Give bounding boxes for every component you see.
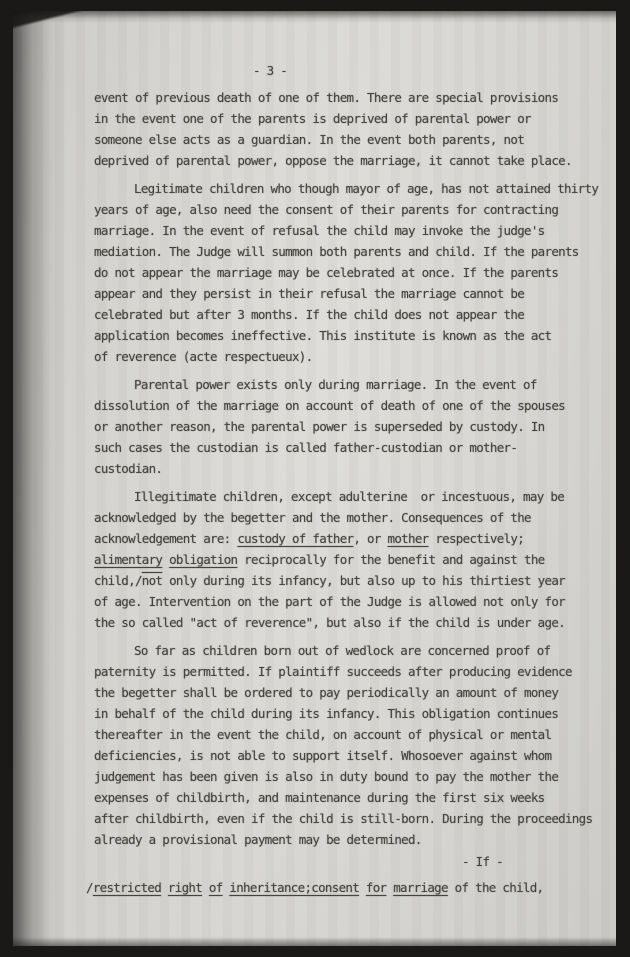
text-line: event of previous death of one of them. … — [94, 87, 610, 108]
text-run: the so called "act of reverence", but al… — [94, 615, 565, 630]
text-line: /restricted right of inheritance;consent… — [86, 877, 543, 898]
text-line: thereafter in the event the child, on ac… — [94, 724, 610, 745]
text-line: judgement has been given is also in duty… — [94, 766, 610, 787]
underlined-text: of — [209, 880, 223, 895]
text-line: already a provisional payment may be det… — [94, 829, 610, 850]
text-run — [161, 880, 168, 895]
document-body: event of previous death of one of them. … — [94, 87, 610, 857]
text-run: reciprocally for the benefit and against… — [237, 552, 544, 567]
text-line: do not appear the marriage may be celebr… — [94, 262, 610, 283]
catchword: - If - — [462, 851, 503, 872]
text-line: So far as children born out of wedlock a… — [94, 640, 610, 661]
underlined-text: inheritance;consent — [229, 880, 359, 895]
text-line: or another reason, the parental power is… — [94, 416, 610, 437]
text-line: acknowledged by the begetter and the mot… — [94, 507, 610, 528]
text-run: marriage. In the event of refusal the ch… — [94, 223, 545, 238]
text-line: child,/not only during its infancy, but … — [94, 570, 610, 591]
text-run: only during its infancy, but also up to … — [162, 573, 565, 588]
text-run: Parental power exists only during marria… — [134, 377, 537, 392]
bottom-edge-shadow — [13, 937, 616, 946]
text-run: custodian. — [94, 461, 162, 476]
text-run: child,/ — [94, 573, 142, 588]
text-run: expenses of childbirth, and maintenance … — [94, 790, 545, 805]
text-line: Legitimate children who though mayor of … — [94, 178, 610, 199]
text-line: Parental power exists only during marria… — [94, 374, 610, 395]
text-line: application becomes ineffective. This in… — [94, 325, 610, 346]
footnote-line: /restricted right of inheritance;consent… — [86, 877, 543, 898]
text-line: someone else acts as a guardian. In the … — [94, 129, 610, 150]
text-line: acknowledgement are: custody of father, … — [94, 528, 610, 549]
text-line: in behalf of the child during its infanc… — [94, 703, 610, 724]
scan-background: - 3 - event of previous death of one of … — [0, 0, 630, 957]
underlined-text: obligation — [169, 552, 237, 567]
text-run: the begetter shall be ordered to pay per… — [94, 685, 558, 700]
top-left-corner-shadow — [13, 11, 91, 31]
text-run — [359, 880, 366, 895]
text-line: Illegitimate children, except adulterine… — [94, 486, 610, 507]
text-line: celebrated but after 3 months. If the ch… — [94, 304, 610, 325]
text-line: in the event one of the parents is depri… — [94, 108, 610, 129]
text-line: expenses of childbirth, and maintenance … — [94, 787, 610, 808]
text-line: dissolution of the marriage on account o… — [94, 395, 610, 416]
underlined-text: alimentary — [94, 552, 162, 567]
text-run: do not appear the marriage may be celebr… — [94, 265, 558, 280]
text-run: of age. Intervention on the part of the … — [94, 594, 565, 609]
text-run: of the child, — [448, 880, 544, 895]
paragraph: Parental power exists only during marria… — [94, 374, 610, 479]
paragraph: Legitimate children who though mayor of … — [94, 178, 610, 367]
text-run: celebrated but after 3 months. If the ch… — [94, 307, 524, 322]
underlined-text: custody of father — [237, 531, 353, 546]
text-run: deficiencies, is not able to support its… — [94, 748, 551, 763]
text-line: the so called "act of reverence", but al… — [94, 612, 610, 633]
text-run: thereafter in the event the child, on ac… — [94, 727, 551, 742]
text-run: already a provisional payment may be det… — [94, 832, 422, 847]
text-run: or another reason, the parental power is… — [94, 419, 545, 434]
text-run: someone else acts as a guardian. In the … — [94, 132, 524, 147]
text-run: respectively; — [429, 531, 525, 546]
text-run: acknowledgement are: — [94, 531, 237, 546]
text-run: mediation. The Judge will summon both pa… — [94, 244, 579, 259]
top-edge-shadow — [13, 11, 616, 23]
paper-sheet: - 3 - event of previous death of one of … — [13, 11, 616, 946]
text-run: such cases the custodian is called fathe… — [94, 440, 517, 455]
text-run: , or — [353, 531, 387, 546]
text-run: of reverence (acte respectueux). — [94, 349, 312, 364]
text-run — [202, 880, 209, 895]
underlined-text: mother — [388, 531, 429, 546]
text-line: after childbirth, even if the child is s… — [94, 808, 610, 829]
underlined-text: restricted — [93, 880, 161, 895]
page-number: - 3 - — [253, 60, 287, 81]
text-run: Legitimate children who though mayor of … — [134, 181, 598, 196]
binding-gutter-shadow — [13, 11, 67, 946]
text-run: paternity is permitted. If plaintiff suc… — [94, 664, 572, 679]
text-run: in the event one of the parents is depri… — [94, 111, 531, 126]
text-line: deprived of parental power, oppose the m… — [94, 150, 610, 171]
text-run: application becomes ineffective. This in… — [94, 328, 551, 343]
underlined-text: marriage — [393, 880, 448, 895]
text-run: event of previous death of one of them. … — [94, 90, 558, 105]
text-line: deficiencies, is not able to support its… — [94, 745, 610, 766]
overlined-text: not — [142, 573, 162, 588]
text-run: deprived of parental power, oppose the m… — [94, 153, 572, 168]
underlined-text: for — [366, 880, 386, 895]
text-run: years of age, also need the consent of t… — [94, 202, 558, 217]
text-line: mediation. The Judge will summon both pa… — [94, 241, 610, 262]
text-run: acknowledged by the begetter and the mot… — [94, 510, 531, 525]
text-line: of age. Intervention on the part of the … — [94, 591, 610, 612]
text-line: marriage. In the event of refusal the ch… — [94, 220, 610, 241]
text-run: dissolution of the marriage on account o… — [94, 398, 565, 413]
text-run: in behalf of the child during its infanc… — [94, 706, 558, 721]
text-run: appear and they persist in their refusal… — [94, 286, 524, 301]
text-run: Illegitimate children, except adulterine… — [134, 489, 564, 504]
text-line: such cases the custodian is called fathe… — [94, 437, 610, 458]
text-line: appear and they persist in their refusal… — [94, 283, 610, 304]
text-line: custodian. — [94, 458, 610, 479]
text-run: So far as children born out of wedlock a… — [134, 643, 550, 658]
text-line: years of age, also need the consent of t… — [94, 199, 610, 220]
text-line: alimentary obligation reciprocally for t… — [94, 549, 610, 570]
paragraph: Illegitimate children, except adulterine… — [94, 486, 610, 633]
text-line: paternity is permitted. If plaintiff suc… — [94, 661, 610, 682]
text-run: after childbirth, even if the child is s… — [94, 811, 592, 826]
text-line: of reverence (acte respectueux). — [94, 346, 610, 367]
paragraph: event of previous death of one of them. … — [94, 87, 610, 171]
text-run: / — [86, 880, 93, 895]
underlined-text: right — [168, 880, 202, 895]
paragraph: So far as children born out of wedlock a… — [94, 640, 610, 850]
text-line: the begetter shall be ordered to pay per… — [94, 682, 610, 703]
text-run: judgement has been given is also in duty… — [94, 769, 558, 784]
